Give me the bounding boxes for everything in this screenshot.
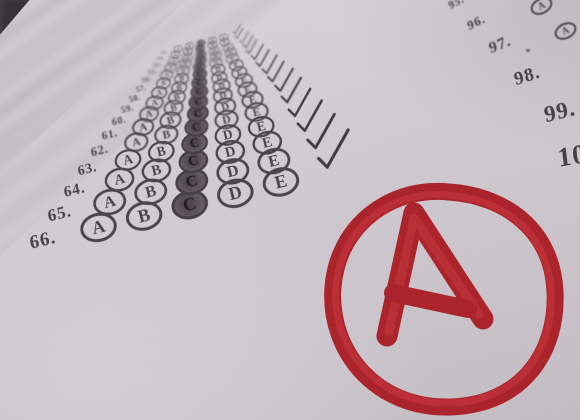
choice-bubble-b: B: [184, 41, 195, 50]
photo-answer-sheet: 66.ABCDE65.ABCDE64.ABCDE63.ABCDE62.ABCDE…: [0, 0, 580, 420]
checkmark-icon: [231, 24, 244, 37]
choice-bubble-c-marked: C: [196, 38, 207, 47]
choice-bubble-e: E: [218, 33, 229, 42]
choice-bubble-a: A: [173, 44, 184, 53]
choice-bubble-d: D: [207, 36, 218, 45]
question-number: 52.: [161, 48, 172, 56]
answer-grid: 66.ABCDE65.ABCDE64.ABCDE63.ABCDE62.ABCDE…: [0, 0, 580, 420]
paper-speck: [526, 49, 530, 52]
